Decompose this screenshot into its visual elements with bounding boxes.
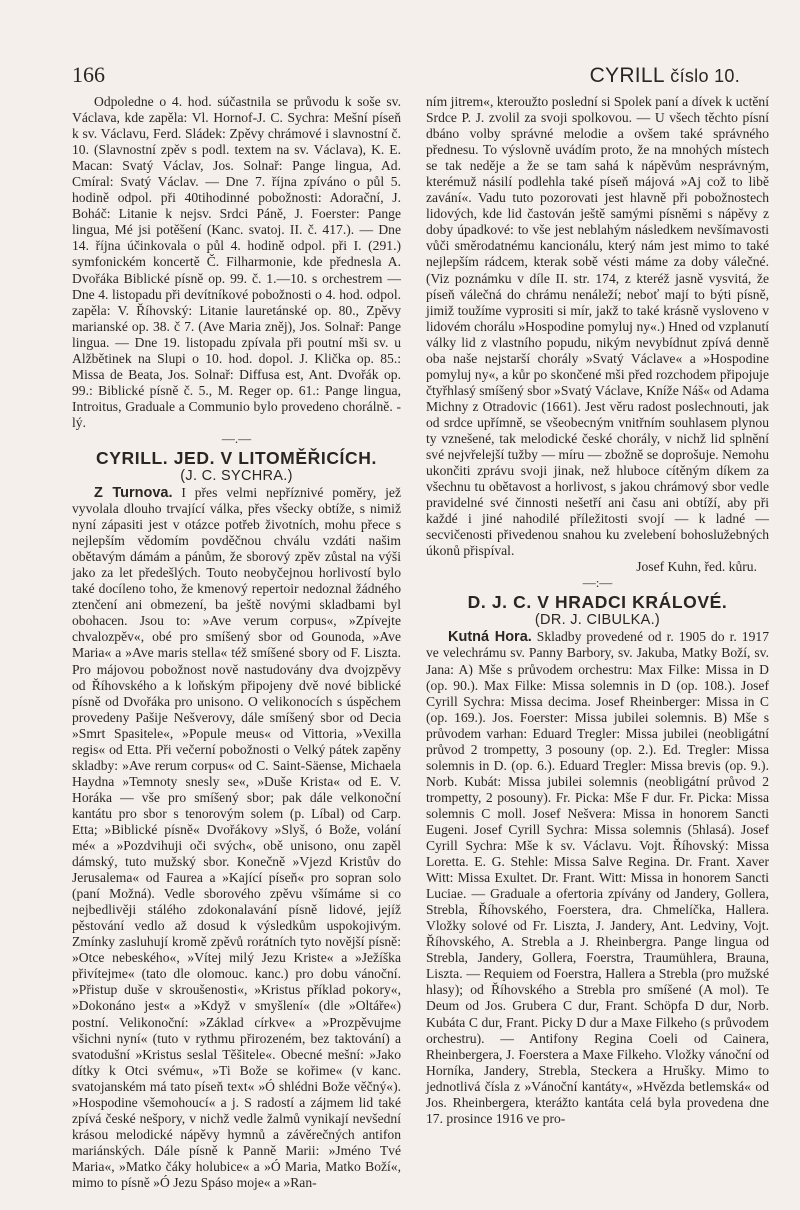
report-lead-turnov: Z Turnova.: [94, 485, 173, 501]
running-head: CYRILL číslo 10.: [590, 64, 740, 88]
section-separator: —.—: [72, 432, 401, 446]
section-separator: —:—: [426, 576, 769, 590]
left-column: Odpoledne o 4. hod. súčastnila se průvod…: [72, 94, 401, 1191]
report-text-turnov: I přes velmi nepříznivé poměry, jež vyvo…: [72, 485, 401, 1190]
right-column: ním jitrem«, kteroužto poslední si Spole…: [426, 94, 769, 1127]
kutna-hora-report-paragraph: Kutná Hora. Skladby provedené od r. 1905…: [426, 629, 769, 1126]
section-subtitle-litomerice: (J. C. SYCHRA.): [72, 468, 401, 485]
turnov-report-paragraph: Z Turnova. I přes velmi nepříznivé poměr…: [72, 485, 401, 1191]
prague-report-paragraph: Odpoledne o 4. hod. súčastnila se průvod…: [72, 94, 401, 431]
turnov-report-continued: ním jitrem«, kteroužto poslední si Spole…: [426, 94, 769, 559]
journal-title: CYRILL: [590, 64, 665, 87]
report-signature: Josef Kuhn, řed. kůru.: [426, 559, 769, 575]
section-title-litomerice: CYRILL. JED. V LITOMĚŘICÍCH.: [72, 448, 401, 468]
journal-page: 166 CYRILL číslo 10. Odpoledne o 4. hod.…: [0, 0, 800, 1210]
issue-number: číslo 10.: [670, 66, 740, 86]
section-title-hradec-kralove: D. J. C. V HRADCI KRÁLOVÉ.: [426, 592, 769, 612]
page-header: 166 CYRILL číslo 10.: [72, 62, 740, 88]
page-number: 166: [72, 62, 105, 88]
section-subtitle-hradec-kralove: (DR. J. CIBULKA.): [426, 612, 769, 629]
report-text-kutna-hora: Skladby provedené od r. 1905 do r. 1917 …: [426, 629, 769, 1125]
report-lead-kutna-hora: Kutná Hora.: [448, 629, 532, 645]
